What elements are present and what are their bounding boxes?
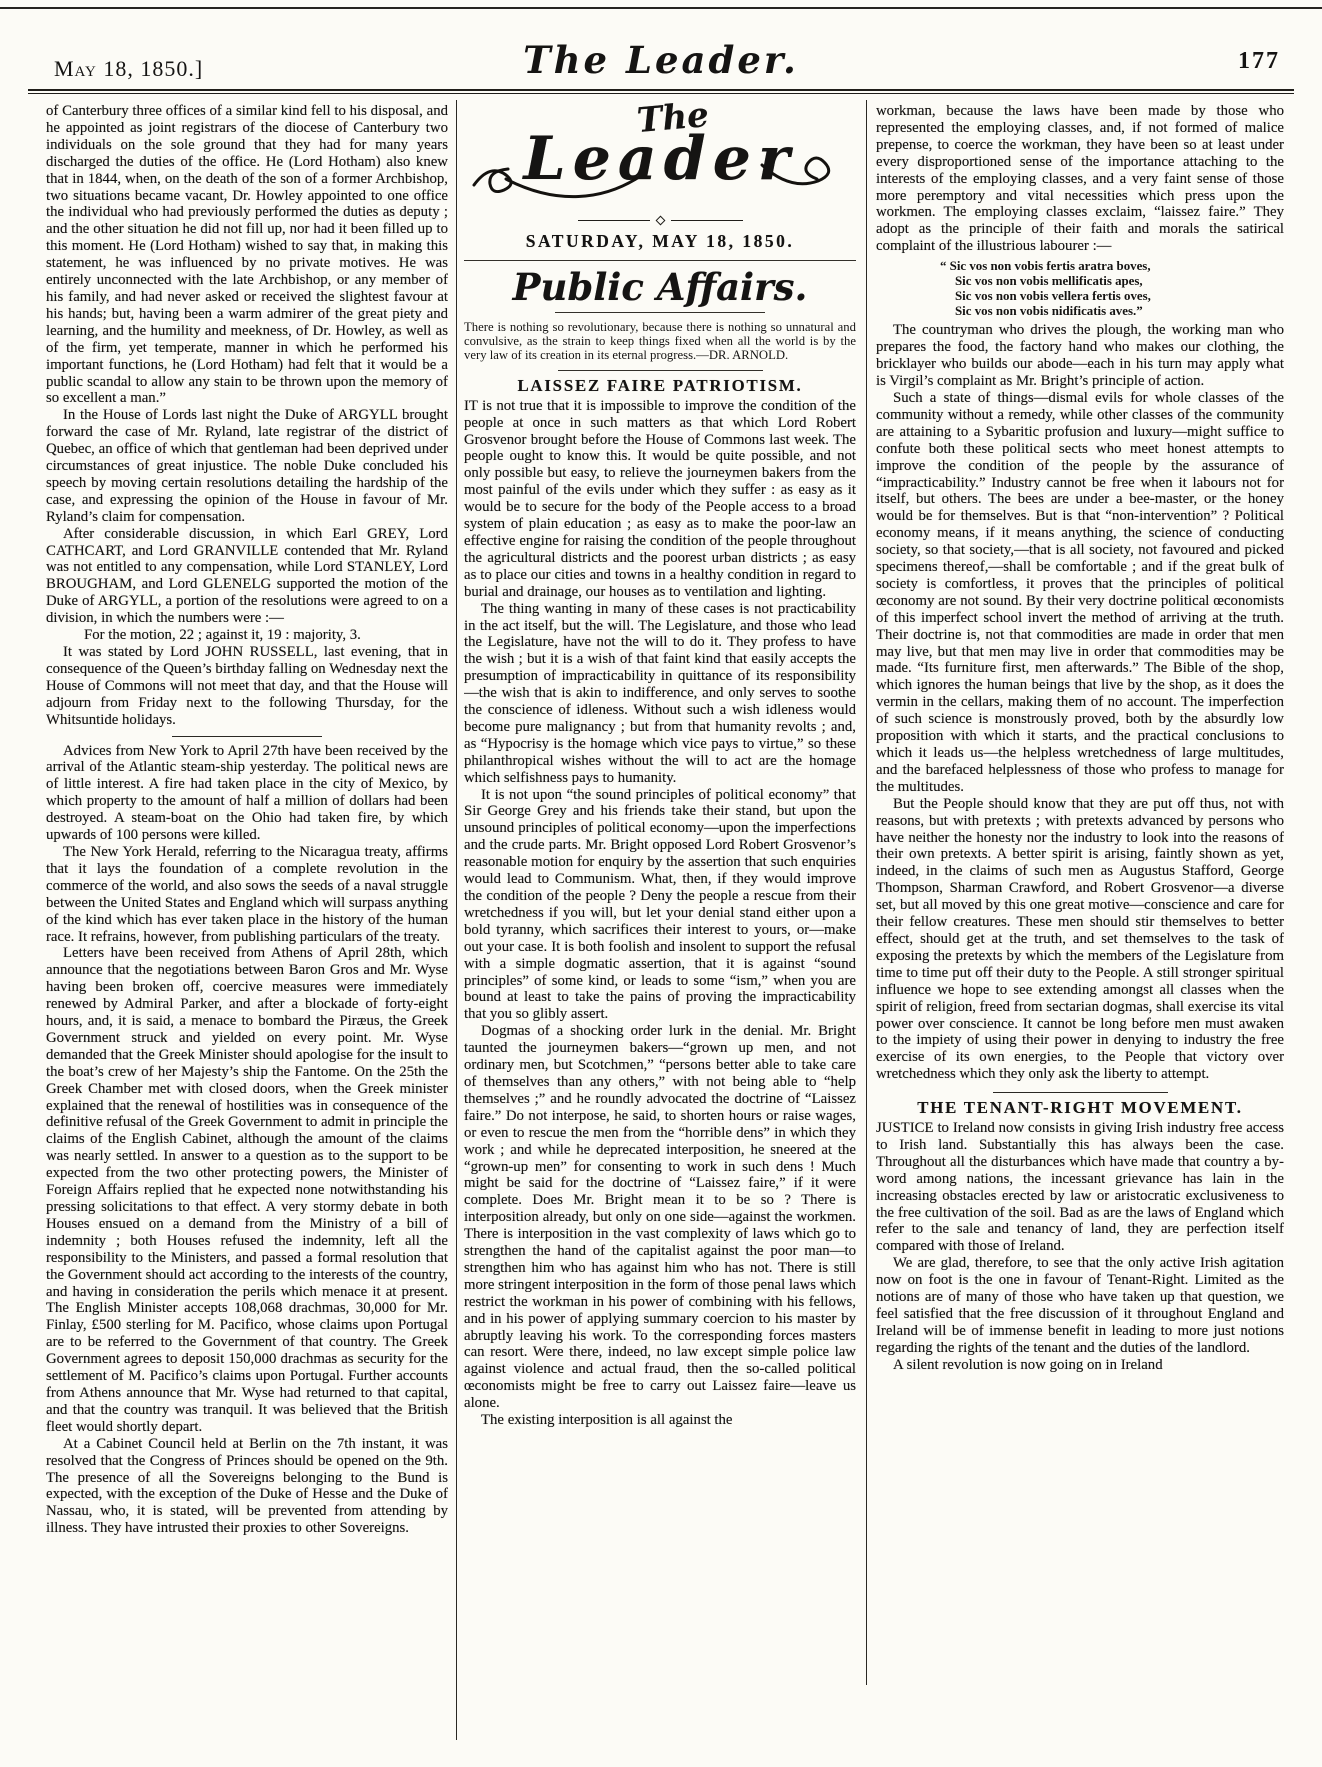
verse-line: Sic vos non vobis mellificatis apes, xyxy=(876,274,1284,289)
news-paragraph: The New York Herald, referring to the Ni… xyxy=(46,844,448,945)
page-number: 177 xyxy=(1238,48,1280,75)
news-paragraph: At a Cabinet Council held at Berlin on t… xyxy=(46,1436,448,1537)
news-paragraph: Letters have been received from Athens o… xyxy=(46,945,448,1435)
column-right: workman, because the laws have been made… xyxy=(876,103,1284,1713)
article-paragraph: Dogmas of a shocking order lurk in the d… xyxy=(464,1023,856,1412)
verse-line: “ Sic vos non vobis fertis aratra boves, xyxy=(876,259,1284,274)
article-paragraph: workman, because the laws have been made… xyxy=(876,103,1284,255)
article-paragraph: Such a state of things—dismal evils for … xyxy=(876,390,1284,796)
epigraph-rule xyxy=(558,370,763,371)
header-rule xyxy=(28,89,1294,94)
article-paragraph: The thing wanting in many of these cases… xyxy=(464,601,856,787)
article-heading-tenant-right: THE TENANT-RIGHT MOVEMENT. xyxy=(876,1100,1284,1117)
news-paragraph: In the House of Lords last night the Duk… xyxy=(46,407,448,525)
epigraph: There is nothing so revolutionary, becau… xyxy=(464,320,856,363)
article-paragraph: But the People should know that they are… xyxy=(876,796,1284,1083)
newspaper-page: May 18, 1850.] The Leader. 177 of Canter… xyxy=(0,0,1322,1767)
running-head-title: The Leader. xyxy=(0,38,1322,82)
masthead-logo: The Leader xyxy=(464,105,856,211)
column-full-rule xyxy=(464,260,856,261)
article-paragraph: IT is not true that it is impossible to … xyxy=(464,398,856,601)
article-paragraph: JUSTICE to Ireland now consists in givin… xyxy=(876,1120,1284,1255)
issue-date: SATURDAY, MAY 18, 1850. xyxy=(464,233,856,250)
top-rule xyxy=(0,7,1322,9)
ornament-line-icon xyxy=(578,220,650,221)
article-paragraph: It is not upon “the sound principles of … xyxy=(464,787,856,1024)
column-left: of Canterbury three offices of a similar… xyxy=(46,103,448,1707)
division-result-line: For the motion, 22 ; against it, 19 : ma… xyxy=(46,627,448,644)
masthead-word-leader: Leader xyxy=(524,129,797,189)
column-rule-right xyxy=(866,100,867,1685)
column-rule-left xyxy=(456,100,457,1740)
latin-verse: “ Sic vos non vobis fertis aratra boves,… xyxy=(876,259,1284,318)
section-title: Public Affairs. xyxy=(464,267,856,308)
article-divider-rule xyxy=(993,1092,1168,1093)
verse-line: Sic vos non vobis vellera fertis oves, xyxy=(876,289,1284,304)
article-paragraph: The existing interposition is all agains… xyxy=(464,1412,856,1429)
news-paragraph: It was stated by Lord JOHN RUSSELL, last… xyxy=(46,644,448,729)
article-heading-laissez-faire: LAISSEZ FAIRE PATRIOTISM. xyxy=(464,378,856,395)
ornament-line-icon xyxy=(671,220,743,221)
ornament-diamond-icon xyxy=(655,216,665,226)
ornament-divider xyxy=(464,217,856,224)
news-paragraph: of Canterbury three offices of a similar… xyxy=(46,103,448,407)
article-paragraph: A silent revolution is now going on in I… xyxy=(876,1357,1284,1374)
section-title-rule xyxy=(555,312,765,313)
news-paragraph: After considerable discussion, in which … xyxy=(46,526,448,627)
verse-line: Sic vos non vobis nidificatis aves.” xyxy=(876,304,1284,319)
news-paragraph: Advices from New York to April 27th have… xyxy=(46,743,448,844)
article-paragraph: The countryman who drives the plough, th… xyxy=(876,322,1284,390)
section-divider-rule xyxy=(172,736,322,737)
column-middle: The Leader SATURDAY, MAY 18, 1850. Publi… xyxy=(464,103,856,1691)
article-paragraph: We are glad, therefore, to see that the … xyxy=(876,1255,1284,1356)
